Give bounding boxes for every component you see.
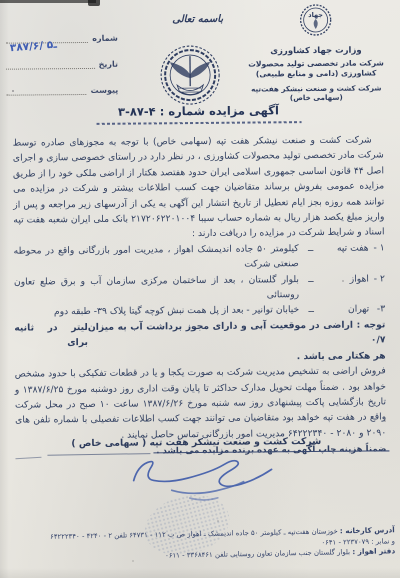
note-text: توجه : اراضی در موقعیت آبی و دارای مجوز … xyxy=(88,317,386,350)
holding-company-name: شرکت مادر تخصصی تولید محصولات کشاورزی (د… xyxy=(236,58,396,79)
footer-office-label: دفتر اهواز : xyxy=(352,546,395,556)
dash-separator: ــ xyxy=(299,272,323,303)
address-description: کیلومتر ۵۰ جاده اندیمشک اهواز ، مدیریت ا… xyxy=(14,241,299,274)
letterhead: جهاد وزارت جهاد کشاورزی شرکت مادر تخصصی … xyxy=(236,1,397,102)
date-label: تاریخ xyxy=(99,60,118,69)
header-fields: شماره تاریخ ۳۸۷/۶/ ـ۵ پیوست xyxy=(6,17,119,96)
body-paragraph-1: شرکت کشت و صنعت نیشکر هفت تپه (سهامی خاص… xyxy=(13,132,385,243)
address-place: هفت تپه xyxy=(323,240,369,271)
address-number: ۳- xyxy=(369,302,385,318)
number-field: شماره xyxy=(6,17,118,44)
svg-text:جهاد: جهاد xyxy=(308,11,323,19)
address-number: ۱ - xyxy=(369,240,385,271)
address-item-haft-tappeh: ۱ - هفت تپه ــ کیلومتر ۵۰ جاده اندیمشک ا… xyxy=(14,240,385,274)
attachment-field: پیوست xyxy=(6,69,118,96)
address-list: ۱ - هفت تپه ــ کیلومتر ۵۰ جاده اندیمشک ا… xyxy=(14,240,386,320)
address-description: بلوار گلستان ، بعد از ساختمان مرکزی سازم… xyxy=(14,272,299,305)
auction-title: آگهی مزایده شماره : ۴-۸۷-۳ xyxy=(0,102,399,119)
water-note-line1: توجه : اراضی در موقعیت آبی و دارای مجوز … xyxy=(14,317,385,351)
note-body: اراضی در موقعیت آبی و دارای مجوز برداشت … xyxy=(88,320,386,346)
struck-note-rule-tail xyxy=(15,457,41,460)
dash-separator: ــ xyxy=(299,302,323,318)
body-paragraph-2: فروش اراضی به تشخیص مدیریت شرکت به صورت … xyxy=(15,363,387,443)
address-number: ۲ - xyxy=(369,271,385,302)
note-label: توجه : xyxy=(357,319,386,330)
ministry-name: وزارت جهاد کشاورزی xyxy=(236,45,396,56)
address-item-ahvaz: ۲ - اهواز ــ بلوار گلستان ، بعد از ساختم… xyxy=(14,271,385,305)
scanned-tender-document: شماره تاریخ ۳۸۷/۶/ ـ۵ پیوست باسمه تعالی xyxy=(0,0,400,578)
title-block: آگهی مزایده شماره : ۴-۸۷-۳ xyxy=(0,102,399,125)
body-text: شرکت کشت و صنعت نیشکر هفت تپه (سهامی خاص… xyxy=(13,132,387,461)
footer-factory-label: آدرس کارخانه : xyxy=(340,525,395,535)
date-blank-line xyxy=(6,56,95,70)
address-place: اهواز xyxy=(323,271,369,302)
date-field: تاریخ ۳۸۷/۶/ ـ۵ xyxy=(6,43,118,70)
company-name: شرکت کشت و صنعت نیشکر هفت‌تپه (سهامی خاص… xyxy=(236,83,396,102)
attachment-label: پیوست xyxy=(91,86,119,95)
address-place: تهران xyxy=(323,302,369,318)
handwritten-date: ۳۸۷/۶/ ـ۵ xyxy=(9,39,57,55)
dash-separator: ــ xyxy=(299,241,323,272)
footer-office-text: بلوار گلستان جنب سازمان تعاون روستایی تل… xyxy=(165,548,350,560)
title-divider xyxy=(96,121,301,125)
ministry-jahad-icon: جهاد xyxy=(298,3,334,43)
company-emblem-icon xyxy=(158,42,223,109)
number-label: شماره xyxy=(92,34,118,43)
note-unit: لیتر در ثانیه برای xyxy=(14,320,88,351)
attachment-blank-line xyxy=(6,82,86,96)
